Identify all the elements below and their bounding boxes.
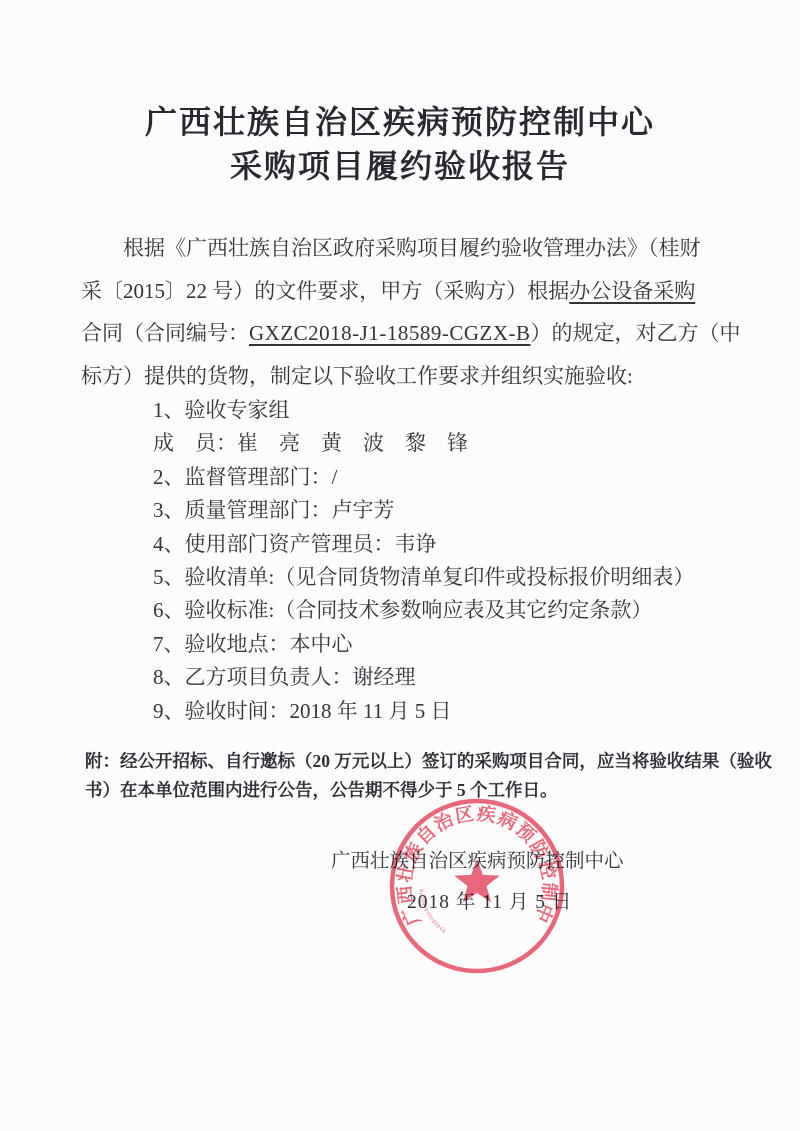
intro-line-1: 根据《广西壮族自治区政府采购项目履约验收管理办法》（桂财	[81, 227, 726, 270]
list-item: 1、验收专家组	[153, 394, 694, 427]
intro-paragraph: 根据《广西壮族自治区政府采购项目履约验收管理办法》（桂财 采〔2015〕22 号…	[81, 227, 726, 397]
seal-ring-text: 广西壮族自治区疾病预防控制中心	[382, 791, 561, 929]
seal-code-text: 594500004960278	[419, 888, 447, 933]
intro-text: 根据《广西壮族自治区政府采购项目履约验收管理办法》（桂财	[123, 236, 701, 260]
official-seal-stamp: 广西壮族自治区疾病预防控制中心 594500004960278	[382, 791, 572, 981]
page-subtitle: 采购项目履约验收报告	[0, 144, 800, 188]
intro-text: 合同（合同编号：	[81, 321, 249, 345]
list-item: 5、验收清单:（见合同货物清单复印件或投标报价明细表）	[153, 561, 694, 594]
document-title-block: 广西壮族自治区疾病预防控制中心 采购项目履约验收报告	[0, 100, 800, 188]
list-item: 6、验收标准:（合同技术参数响应表及其它约定条款）	[153, 594, 694, 627]
list-item: 9、验收时间：2018 年 11 月 5 日	[153, 695, 694, 728]
list-item: 4、使用部门资产管理员：韦诤	[153, 528, 694, 561]
list-item: 8、乙方项目负责人：谢经理	[153, 661, 694, 694]
intro-text: 采〔2015〕22 号）的文件要求，甲方（采购方）根据	[81, 279, 569, 303]
intro-text: ）的规定，对乙方（中	[530, 321, 740, 345]
intro-line-3: 合同（合同编号：GXZC2018-J1-18589-CGZX-B）的规定，对乙方…	[81, 312, 726, 355]
list-item: 3、质量管理部门：卢宇芳	[153, 494, 694, 527]
star-icon	[454, 859, 500, 902]
list-item: 2、监督管理部门：/	[153, 461, 694, 494]
underlined-procurement-name: 办公设备采购	[569, 279, 695, 303]
intro-line-4: 标方）提供的货物，制定以下验收工作要求并组织实施验收:	[81, 355, 726, 398]
underlined-contract-number: GXZC2018-J1-18589-CGZX-B	[249, 321, 530, 345]
list-item: 成 员：崔 亮 黄 波 黎 锋	[153, 427, 694, 460]
page-title: 广西壮族自治区疾病预防控制中心	[0, 100, 800, 144]
intro-text: 标方）提供的货物，制定以下验收工作要求并组织实施验收:	[81, 364, 633, 388]
list-item: 7、验收地点：本中心	[153, 628, 694, 661]
note-line-1: 附：经公开招标、自行邀标（20 万元以上）签订的采购项目合同，应当将验收结果（验…	[85, 747, 735, 776]
acceptance-items-list: 1、验收专家组 成 员：崔 亮 黄 波 黎 锋 2、监督管理部门：/ 3、质量管…	[153, 394, 694, 728]
intro-line-2: 采〔2015〕22 号）的文件要求，甲方（采购方）根据办公设备采购	[81, 270, 726, 313]
scanned-document-page: 广西壮族自治区疾病预防控制中心 采购项目履约验收报告 根据《广西壮族自治区政府采…	[0, 0, 800, 1131]
